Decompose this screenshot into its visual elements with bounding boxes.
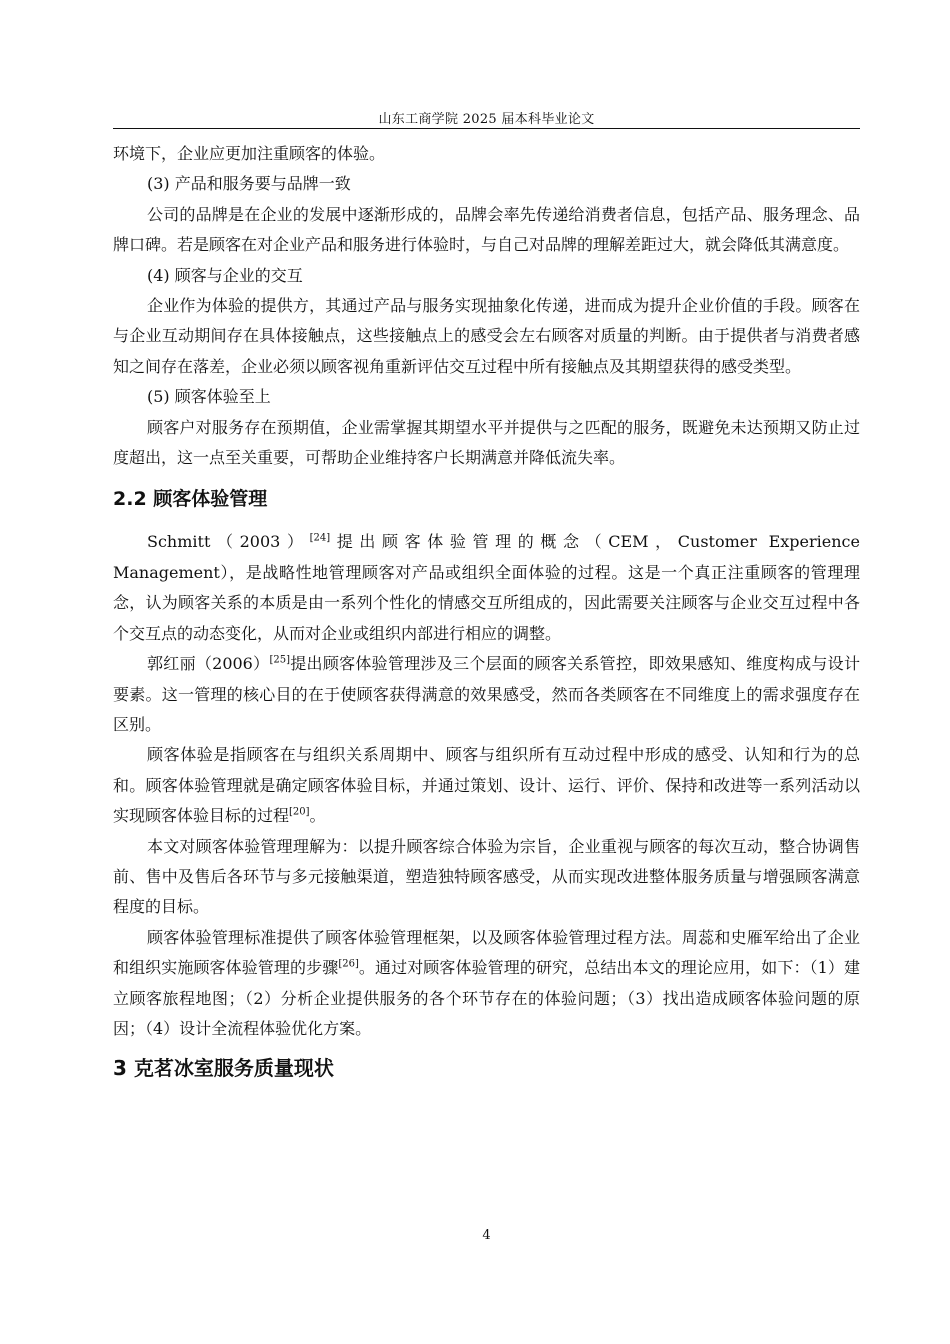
- list-item-4: (4) 顾客与企业的交互: [113, 261, 860, 291]
- paragraph-understanding: 本文对顾客体验管理理解为：以提升顾客综合体验为宗旨，企业重视与顾客的每次互动，整…: [113, 832, 860, 923]
- paragraph-text: 顾客体验是指顾客在与组织关系周期中、顾客与组织所有互动过程中形成的感受、认知和行…: [113, 745, 860, 825]
- citation-author: Schmitt（2003）: [147, 532, 310, 551]
- citation-ref: [25]: [269, 655, 290, 666]
- header-rule: [113, 128, 860, 129]
- paragraph-definition: 顾客体验是指顾客在与组织关系周期中、顾客与组织所有互动过程中形成的感受、认知和行…: [113, 740, 860, 831]
- citation-ref: [24]: [310, 533, 331, 544]
- list-item-3: (3) 产品和服务要与品牌一致: [113, 169, 860, 199]
- section-heading-3: 3 克茗冰室服务质量现状: [113, 1050, 860, 1086]
- paragraph-brand-consistency: 公司的品牌是在企业的发展中逐渐形成的，品牌会率先传递给消费者信息，包括产品、服务…: [113, 200, 860, 261]
- paragraph-experience-first: 顾客户对服务存在预期值，企业需掌握其期望水平并提供与之匹配的服务，既避免未达预期…: [113, 413, 860, 474]
- section-heading-2-2: 2.2 顾客体验管理: [113, 481, 860, 517]
- paragraph-interaction: 企业作为体验的提供方，其通过产品与服务实现抽象化传递，进而成为提升企业价值的手段…: [113, 291, 860, 382]
- page-number: 4: [113, 1228, 860, 1243]
- citation-author: 郭红丽（2006）: [147, 654, 269, 673]
- paragraph-continued: 环境下，企业应更加注重顾客的体验。: [113, 139, 860, 169]
- paragraph-standard: 顾客体验管理标准提供了顾客体验管理框架，以及顾客体验管理过程方法。周蕊和史雁军给…: [113, 923, 860, 1045]
- paragraph-text-end: 。: [310, 806, 326, 825]
- page-body: 环境下，企业应更加注重顾客的体验。 (3) 产品和服务要与品牌一致 公司的品牌是…: [113, 139, 860, 1086]
- list-item-5: (5) 顾客体验至上: [113, 382, 860, 412]
- paragraph-guo: 郭红丽（2006）[25]提出顾客体验管理涉及三个层面的顾客关系管控，即效果感知…: [113, 649, 860, 740]
- running-header: 山东工商学院 2025 届本科毕业论文: [113, 108, 860, 127]
- citation-ref: [26]: [338, 959, 359, 970]
- citation-ref: [20]: [289, 807, 310, 818]
- paragraph-schmitt: Schmitt（2003）[24]提出顾客体验管理的概念（CEM，Custome…: [113, 527, 860, 649]
